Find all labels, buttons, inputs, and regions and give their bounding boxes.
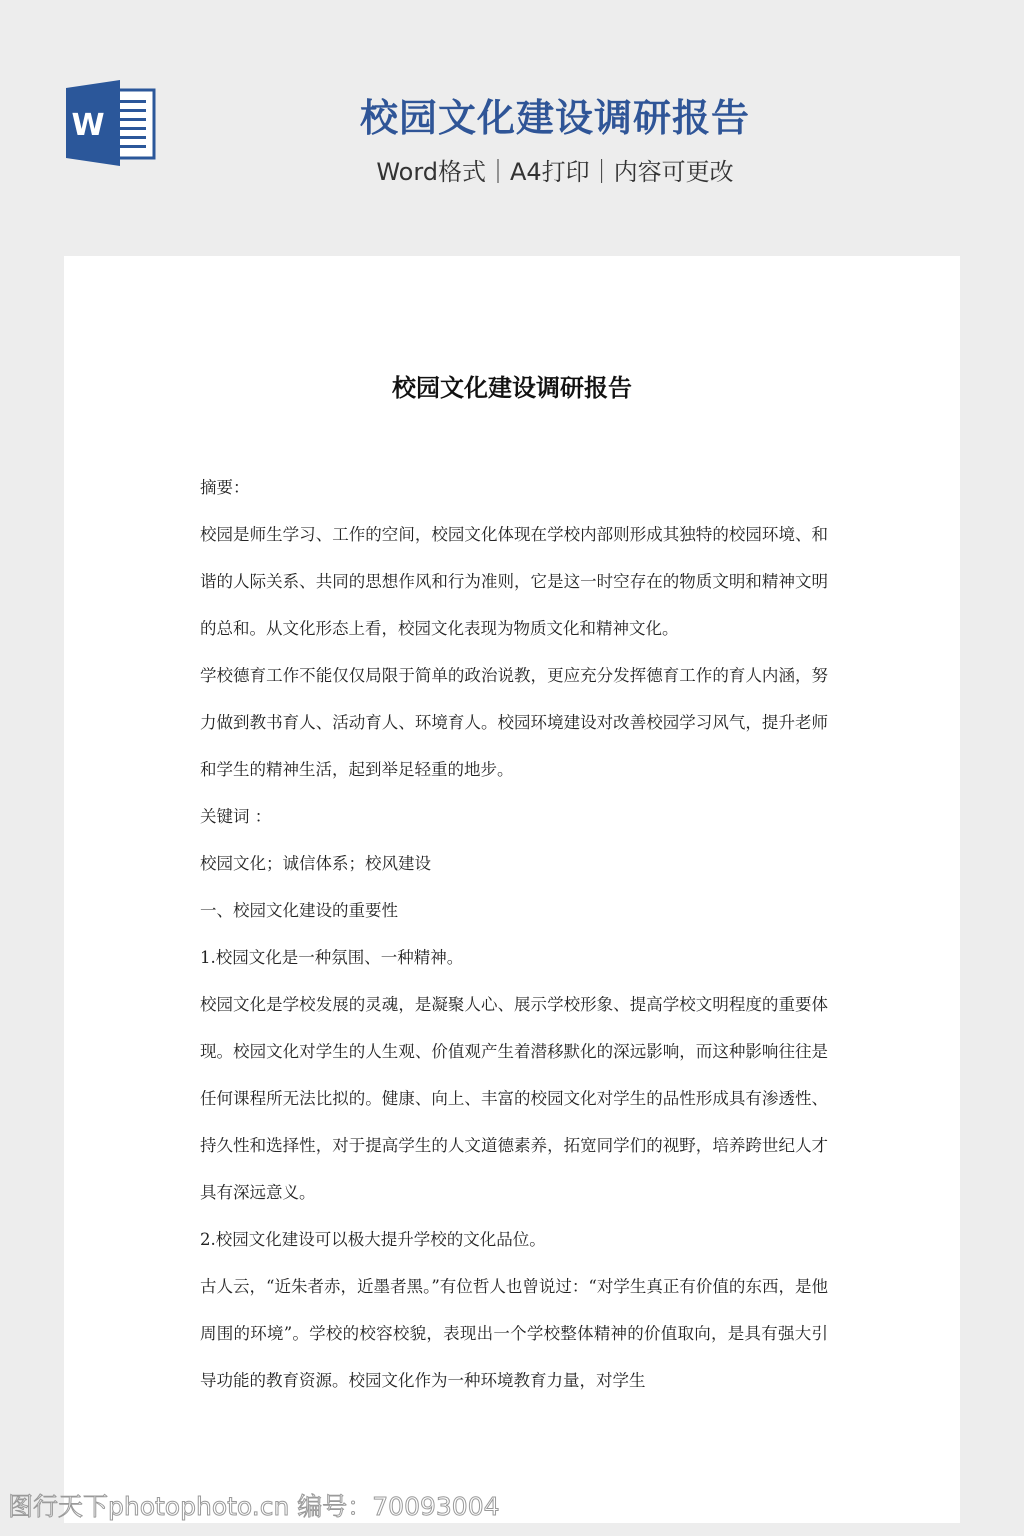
document-body: 摘要： 校园是师生学习、工作的空间，校园文化体现在学校内部则形成其独特的校园环境… <box>200 464 828 1404</box>
subsection-heading-2: 2.校园文化建设可以极大提升学校的文化品位。 <box>200 1216 828 1263</box>
abstract-heading: 摘要： <box>200 464 828 511</box>
header-banner: W 校园文化建设调研报告 Word格式｜A4打印｜内容可更改 <box>0 0 1024 256</box>
banner-title: 校园文化建设调研报告 <box>300 90 810 146</box>
keywords-heading: 关键词 ： <box>200 793 828 840</box>
abstract-paragraph-1: 校园是师生学习、工作的空间，校园文化体现在学校内部则形成其独特的校园环境、和谐的… <box>200 511 828 652</box>
section-heading-1: 一、校园文化建设的重要性 <box>200 887 828 934</box>
word-document-icon: W <box>64 80 158 166</box>
abstract-paragraph-2: 学校德育工作不能仅仅局限于简单的政治说教，更应充分发挥德育工作的育人内涵，努力做… <box>200 652 828 793</box>
document-title: 校园文化建设调研报告 <box>64 368 960 408</box>
body-paragraph-2: 古人云，“近朱者赤，近墨者黑。”有位哲人也曾说过：“对学生真正有价值的东西，是他… <box>200 1263 828 1404</box>
subsection-heading-1: 1.校园文化是一种氛围、一种精神。 <box>200 934 828 981</box>
document-page: 校园文化建设调研报告 摘要： 校园是师生学习、工作的空间，校园文化体现在学校内部… <box>64 256 960 1523</box>
keywords-list: 校园文化；诚信体系；校风建设 <box>200 840 828 887</box>
body-paragraph-1: 校园文化是学校发展的灵魂，是凝聚人心、展示学校形象、提高学校文明程度的重要体现。… <box>200 981 828 1216</box>
watermark-text: 图行天下photophoto.cn 编号：70093004 <box>8 1490 500 1524</box>
banner-subtitle: Word格式｜A4打印｜内容可更改 <box>300 152 810 192</box>
svg-text:W: W <box>71 108 104 143</box>
